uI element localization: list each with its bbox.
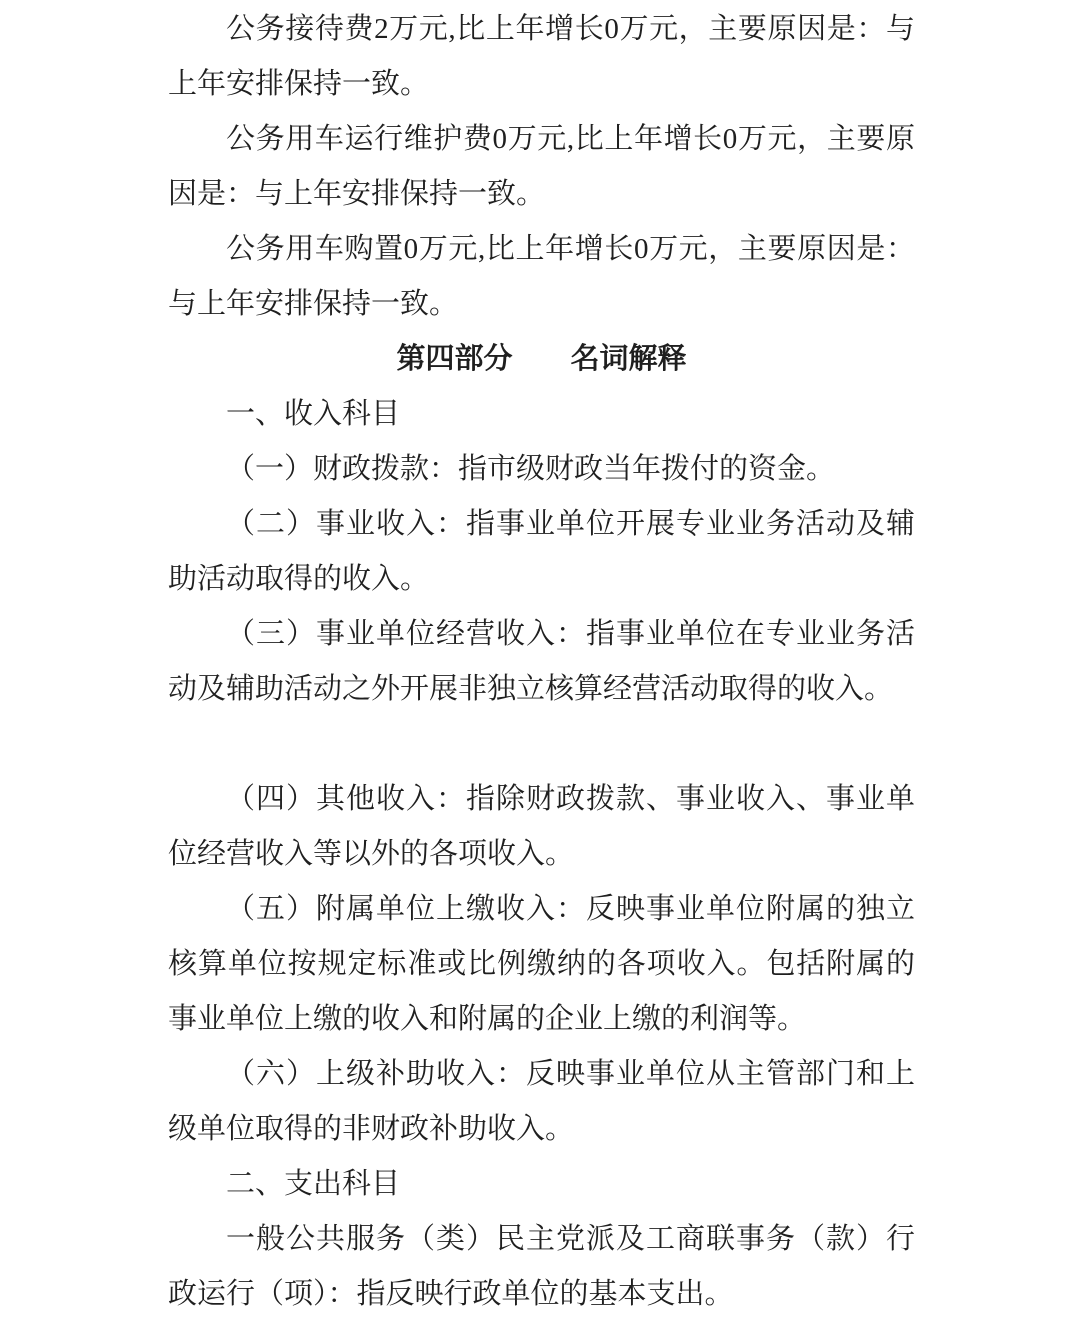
paragraph: 公务用车运行维护费0万元,比上年增长0万元，主要原因是：与上年安排保持一致。 [168, 112, 915, 222]
document-page: 公务接待费2万元,比上年增长0万元，主要原因是：与上年安排保持一致。公务用车运行… [0, 0, 1074, 1319]
paragraph: （四）其他收入：指除财政拨款、事业收入、事业单位经营收入等以外的各项收入。 [168, 772, 915, 882]
paragraph: （五）附属单位上缴收入：反映事业单位附属的独立核算单位按规定标准或比例缴纳的各项… [168, 882, 915, 1047]
paragraph: （一）财政拨款：指市级财政当年拨付的资金。 [168, 442, 915, 497]
paragraph: （三）事业单位经营收入：指事业单位在专业业务活动及辅助活动之外开展非独立核算经营… [168, 607, 915, 717]
paragraph-spacer [168, 717, 915, 772]
paragraph: 一般公共服务（类）民主党派及工商联事务（款）行政运行（项）：指反映行政单位的基本… [168, 1212, 915, 1319]
paragraph: 一、收入科目 [168, 387, 915, 442]
paragraph: 二、支出科目 [168, 1157, 915, 1212]
paragraph: 公务用车购置0万元,比上年增长0万元，主要原因是：与上年安排保持一致。 [168, 222, 915, 332]
document-content: 公务接待费2万元,比上年增长0万元，主要原因是：与上年安排保持一致。公务用车运行… [168, 2, 915, 1319]
paragraph: 公务接待费2万元,比上年增长0万元，主要原因是：与上年安排保持一致。 [168, 2, 915, 112]
section-heading: 第四部分 名词解释 [168, 332, 915, 387]
paragraph: （六）上级补助收入：反映事业单位从主管部门和上级单位取得的非财政补助收入。 [168, 1047, 915, 1157]
paragraph: （二）事业收入：指事业单位开展专业业务活动及辅助活动取得的收入。 [168, 497, 915, 607]
